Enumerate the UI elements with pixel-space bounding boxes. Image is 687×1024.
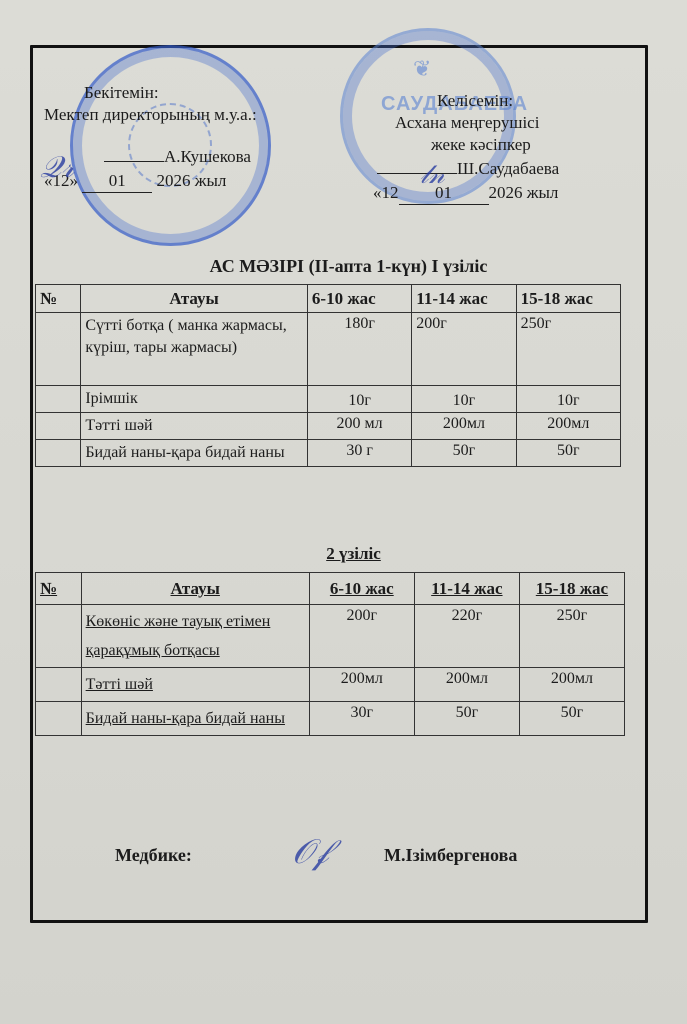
table-row: Бидай наны-қара бидай наны 30г 50г 50г <box>36 702 625 736</box>
agreement-date-day: «12 <box>373 183 399 202</box>
approval-date-month: 01 <box>82 170 152 193</box>
table-row: Тәтті шәй 200мл 200мл 200мл <box>36 668 625 702</box>
table-row: Ірімшік 10г 10г 10г <box>36 386 621 413</box>
row-value: 200мл <box>516 413 620 440</box>
director-signature: 𝒬𝓇 <box>40 150 74 185</box>
row-number <box>36 440 81 467</box>
agreement-signatory: Ш.Саудабаева <box>457 159 559 178</box>
agreement-date-year: 2026 жыл <box>489 183 559 202</box>
row-value: 30г <box>309 702 414 736</box>
row-value: 10г <box>307 386 411 413</box>
approval-heading: Бекітемін: <box>44 82 257 104</box>
approval-signatory: А.Кушекова <box>164 147 251 166</box>
row-value: 50г <box>414 702 519 736</box>
table-row: Тәтті шәй 200 мл 200мл 200мл <box>36 413 621 440</box>
row-value: 200мл <box>412 413 516 440</box>
table-header-row: № Атауы 6-10 жас 11-14 жас 15-18 жас <box>36 573 625 605</box>
row-name: Ірімшік <box>81 386 308 413</box>
signature-line <box>377 173 457 174</box>
row-name: Тәтті шәй <box>81 668 309 702</box>
break2-table: № Атауы 6-10 жас 11-14 жас 15-18 жас Көк… <box>35 572 625 736</box>
approval-date-year: 2026 жыл <box>157 171 227 190</box>
row-number <box>36 605 82 668</box>
col-age-15-18: 15-18 жас <box>516 285 620 313</box>
row-value: 30 г <box>307 440 411 467</box>
row-name: Тәтті шәй <box>81 413 308 440</box>
menu-title: АС МӘЗІРІ (ІІ-апта 1-күн) І үзіліс <box>0 256 687 277</box>
row-value: 50г <box>519 702 624 736</box>
row-value: 10г <box>412 386 516 413</box>
col-age-6-10: 6-10 жас <box>307 285 411 313</box>
col-number: № <box>36 285 81 313</box>
table-row: Бидай наны-қара бидай наны 30 г 50г 50г <box>36 440 621 467</box>
row-value: 250г <box>519 605 624 668</box>
table-header-row: № Атауы 6-10 жас 11-14 жас 15-18 жас <box>36 285 621 313</box>
table-row: Сүтті ботқа ( манка жармасы, күріш, тары… <box>36 313 621 386</box>
row-number <box>36 668 82 702</box>
row-value: 200мл <box>519 668 624 702</box>
row-value: 200 мл <box>307 413 411 440</box>
caterer-signature: 𝓁𝓃 <box>420 160 445 191</box>
agreement-position-1: Асхана меңгерушісі <box>395 112 559 134</box>
row-name: Бидай наны-қара бидай наны <box>81 440 308 467</box>
nurse-name: М.Ізімбергенова <box>384 845 517 866</box>
row-name: Көкөніс және тауық етімен қарақұмық ботқ… <box>81 605 309 668</box>
approval-block: Бекітемін: Мектеп директорының м.у.а.: А… <box>44 82 257 193</box>
col-name: Атауы <box>81 285 308 313</box>
ornament-icon: ❦ <box>413 56 431 82</box>
col-age-6-10: 6-10 жас <box>309 573 414 605</box>
nurse-label: Медбике: <box>115 845 192 866</box>
row-value: 200мл <box>309 668 414 702</box>
row-number <box>36 413 81 440</box>
table-row: Көкөніс және тауық етімен қарақұмық ботқ… <box>36 605 625 668</box>
agreement-heading: Келісемін: <box>395 90 559 112</box>
row-value: 250г <box>516 313 620 386</box>
row-number <box>36 313 81 386</box>
row-value: 200г <box>412 313 516 386</box>
col-age-15-18: 15-18 жас <box>519 573 624 605</box>
col-name: Атауы <box>81 573 309 605</box>
row-number <box>36 386 81 413</box>
row-number <box>36 702 82 736</box>
row-value: 50г <box>516 440 620 467</box>
approval-position: Мектеп директорының м.у.а.: <box>44 104 257 126</box>
signature-line <box>104 161 164 162</box>
row-name: Сүтті ботқа ( манка жармасы, күріш, тары… <box>81 313 308 386</box>
row-value: 10г <box>516 386 620 413</box>
col-number: № <box>36 573 82 605</box>
nurse-signature: 𝒪𝒻 <box>292 832 329 872</box>
row-value: 180г <box>307 313 411 386</box>
col-age-11-14: 11-14 жас <box>414 573 519 605</box>
row-name: Бидай наны-қара бидай наны <box>81 702 309 736</box>
row-value: 200мл <box>414 668 519 702</box>
row-value: 50г <box>412 440 516 467</box>
break2-title: 2 үзіліс <box>0 544 687 564</box>
row-value: 220г <box>414 605 519 668</box>
break1-table: № Атауы 6-10 жас 11-14 жас 15-18 жас Сүт… <box>35 284 621 467</box>
agreement-position-2: жеке кәсіпкер <box>395 134 559 156</box>
col-age-11-14: 11-14 жас <box>412 285 516 313</box>
row-value: 200г <box>309 605 414 668</box>
